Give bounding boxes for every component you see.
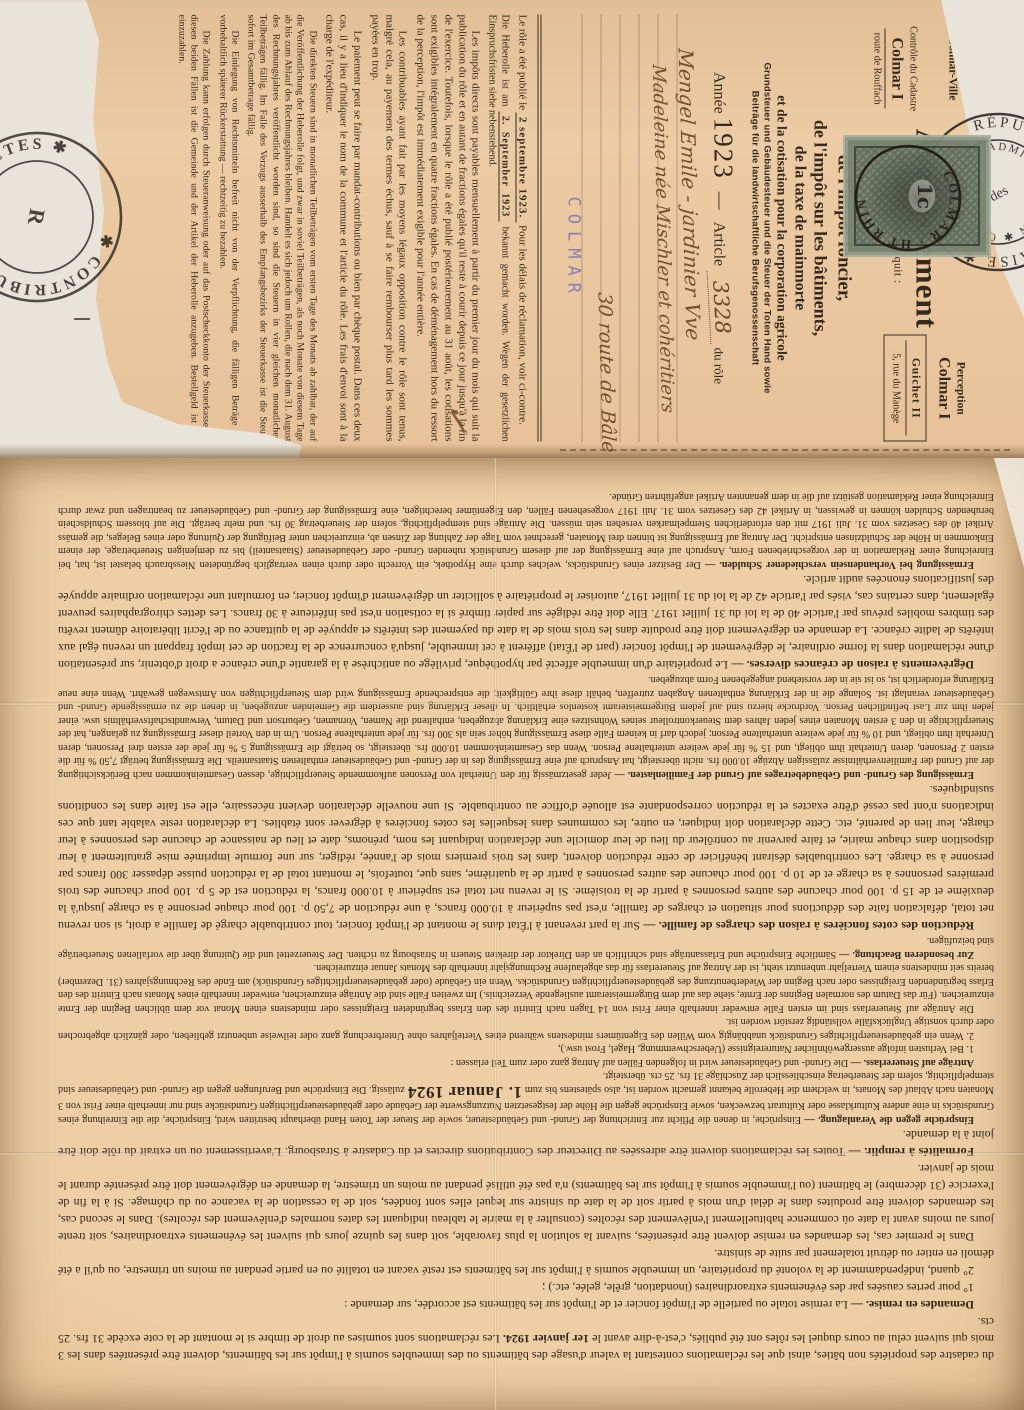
notice-paragraph: du cadastre des propriétés non bâties, a…	[58, 1313, 994, 1364]
notice-paragraph: 1° pour pertes causées par des événement…	[58, 1279, 994, 1296]
addressee-block: Mengel Emile - jardinier Vve Madeleine n…	[547, 15, 695, 442]
article-number-handwritten: 3328	[706, 270, 735, 345]
notice-paragraph: Ermässigung des Grund- und Gebäudebetrag…	[58, 673, 994, 781]
guichet-address: 5, rue du Manège	[890, 341, 903, 436]
publication-date-de: 2. September 1923	[499, 112, 511, 221]
notice-paragraph: Dans le premier cas, les demandes en rem…	[58, 1160, 994, 1245]
notice-paragraph: Ermässigung bei Vorhandensein verschiede…	[58, 490, 994, 571]
publication-line-fr: Le rôle a été publié le 2 septembre 1923…	[515, 15, 530, 442]
notice-paragraph: Dégrèvements à raison de créances divers…	[58, 571, 994, 673]
payment-terms-de: Die Zahlung kann erfolgen durch Steueran…	[175, 15, 212, 442]
guichet-box: Guichet II 5, rue du Manège	[884, 335, 927, 442]
payment-terms-fr: Les impôts directs sont payables mensuel…	[413, 15, 482, 442]
guichet-label: Guichet II	[906, 341, 922, 436]
year-label: Année	[710, 72, 727, 114]
horizontal-crease	[0, 702, 1024, 706]
svg-text:✱ CONTRIBUTIONS DIRECTES ✱: ✱ CONTRIBUTIONS DIRECTES ✱	[0, 123, 131, 311]
payment-terms-fr: Le paiement peut se faire par mandat-con…	[322, 15, 363, 442]
notice-paragraph: Einsprüche gegen die Veranlagung. — Eins…	[58, 1069, 994, 1126]
perception-box: Perception Colmar I Guichet II 5, rue du…	[870, 335, 978, 442]
controle-address: route de Rouffach	[871, 29, 886, 109]
controle-office: Colmar I	[888, 15, 907, 123]
notice-paragraph: Anträge auf Steuererlass. — Die Grund- u…	[58, 1056, 994, 1070]
dash: —	[710, 184, 730, 218]
colmar-city-stamp: COLMAR	[563, 197, 583, 300]
article-suffix: du rôle	[711, 348, 726, 384]
perception-label: Perception	[954, 335, 968, 442]
notice-paragraph: Réduction des cotes foncières à raison d…	[58, 781, 994, 934]
controle-label: Contrôle du Cadastre	[907, 15, 920, 123]
publication-line-de: Die Heberolle ist am 2. September 1923 b…	[486, 15, 512, 442]
svg-text:COLMAR · HT RHIN: COLMAR · HT RHIN	[846, 142, 983, 274]
perception-office: Colmar I	[935, 335, 954, 442]
payment-terms-de: Die direkten Steuern sind in monatlichen…	[244, 15, 318, 442]
divider-rule	[537, 15, 541, 442]
notice-paragraph: Demandes en remise. — La remise totale o…	[58, 1296, 994, 1313]
tax-title-german: Grundsteuer und Gebäudesteuer und die St…	[760, 15, 772, 442]
article-label: Article	[710, 222, 727, 266]
payment-terms-fr: Les contribuables ayant fait par les moy…	[368, 15, 409, 442]
avertissement-card: Commune de Colmar-Ville Contrôle du Cada…	[0, 0, 1024, 458]
svg-text:R: R	[23, 207, 51, 228]
notice-paragraph: Die Anträge auf Steuererlass sind im ers…	[58, 961, 994, 1015]
addressee-handwriting-line: 30 route de Bâle	[593, 292, 619, 454]
pen-dash-mark	[74, 318, 90, 320]
tax-title-line: de l'impôt sur les bâtiments,	[809, 15, 832, 442]
postmark-colmar-icon: COLMAR · HT RHIN	[852, 142, 964, 254]
year-article-line: Année 1923 — Article 3328 du rôle	[707, 15, 738, 442]
notice-paragraph: 2. Wenn ein gebäudesteuerpflichtiges Gru…	[58, 1015, 994, 1042]
paper-fold-shadow	[0, 444, 1024, 458]
round-stamp-contributions-directes-icon: ✱ CONTRIBUTIONS DIRECTES ✱ R	[0, 128, 126, 306]
notice-paragraph: 2° quand, indépendamment de la volonté d…	[58, 1245, 994, 1279]
payment-terms-de: Die Einlegung von Rechtsmitteln befreit …	[216, 15, 241, 442]
tax-titles: de l'impôt foncier, de l'impôt sur les b…	[748, 15, 855, 442]
vertical-crease	[494, 458, 497, 1410]
notice-paragraph: Zur besonderen Beachtung. — Sämtliche Ei…	[58, 934, 994, 961]
tax-title-line: et de la cotisation pour la corporation …	[772, 15, 789, 442]
notice-content: du cadastre des propriétés non bâties, a…	[58, 490, 994, 1364]
horizontal-crease	[0, 1152, 1024, 1156]
tax-title-line: de la taxe de mainmorte	[789, 15, 809, 442]
publication-date-fr: 2 septembre 1923.	[515, 113, 528, 222]
tax-title-german: Beiträge für die landwirtschaftliche Ber…	[748, 15, 760, 442]
year-value: 1923	[708, 118, 738, 180]
notice-paragraph: 1. Bei Verlusten infolge aussergewöhnlic…	[58, 1042, 994, 1056]
notice-page: du cadastre des propriétés non bâties, a…	[0, 458, 1024, 1410]
svg-text:des: des	[987, 183, 1011, 205]
